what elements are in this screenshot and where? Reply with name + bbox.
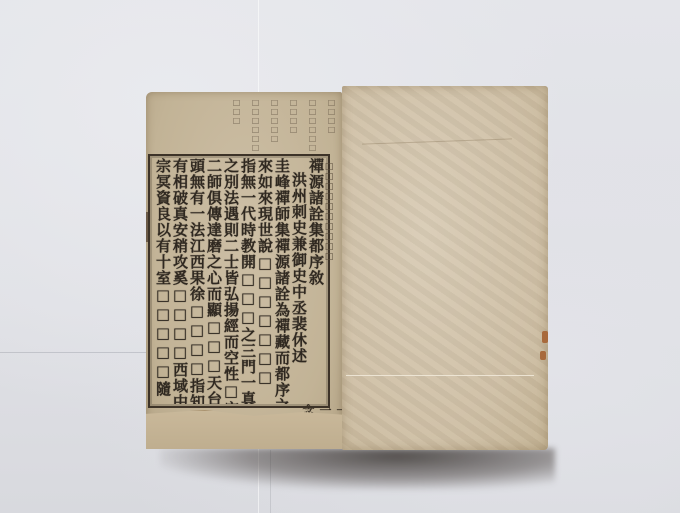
text-column: 來如來現世說□□□□□□□	[256, 158, 273, 404]
text-column: 宗冥資良以有十室□□□□□隨	[154, 158, 171, 404]
text-column: 圭峰禪師集禪源諸詮為禪藏而都序之河東裴休曰	[273, 158, 290, 404]
fold-line	[346, 375, 534, 376]
paper-crease	[362, 138, 512, 144]
text-column: 有相破真安稍攻奚□□□□西域中夏其	[171, 158, 188, 404]
page-tear	[540, 351, 546, 360]
text-column: 之別法遇則二士皆弘揚經而空性□宗	[222, 158, 239, 404]
printed-text-frame: 禪源諸詮集都序敘 洪州刺史兼御史中丞裴休述 圭峰禪師集禪源諸詮為禪藏而都序之河東…	[148, 154, 330, 408]
text-column: 指無一代時教開□□□之三門一真淨心演性	[239, 158, 256, 404]
margin-note: □□□	[232, 98, 241, 154]
handwritten-side-note: □□□□□□□□□□	[324, 162, 334, 262]
text-column: 頭無有一法江西果徐□□□□指知見其	[188, 158, 205, 404]
margin-note: □□□□□□	[251, 98, 260, 154]
left-page: □□□□ □□□□□□ □□□□ □□□□□ □□□□□□ □□□ 禪源諸詮集都…	[146, 92, 342, 448]
margin-note: □□□□	[289, 98, 298, 154]
book-shadow	[160, 448, 555, 490]
handwritten-margin-notes: □□□□ □□□□□□ □□□□ □□□□□ □□□□□□ □□□	[156, 98, 336, 154]
open-book: □□□□ □□□□□□ □□□□ □□□□□ □□□□□□ □□□ 禪源諸詮集都…	[146, 86, 550, 452]
right-page-blank	[342, 86, 548, 450]
text-columns: 禪源諸詮集都序敘 洪州刺史兼御史中丞裴休述 圭峰禪師集禪源諸詮為禪藏而都序之河東…	[154, 158, 324, 404]
page-tear	[542, 331, 548, 343]
text-column-title: 禪源諸詮集都序敘	[307, 158, 324, 404]
background-crease	[0, 352, 150, 353]
margin-note: □□□□□□	[308, 98, 317, 154]
margin-note: □□□□□	[270, 98, 279, 154]
text-column: 二師俱傳達磨之心而顯□□□天台專依三觀	[205, 158, 222, 404]
text-column-author: 洪州刺史兼御史中丞裴休述	[290, 158, 307, 418]
margin-note: □□□□	[327, 98, 336, 154]
worn-page-bottom	[146, 410, 342, 449]
